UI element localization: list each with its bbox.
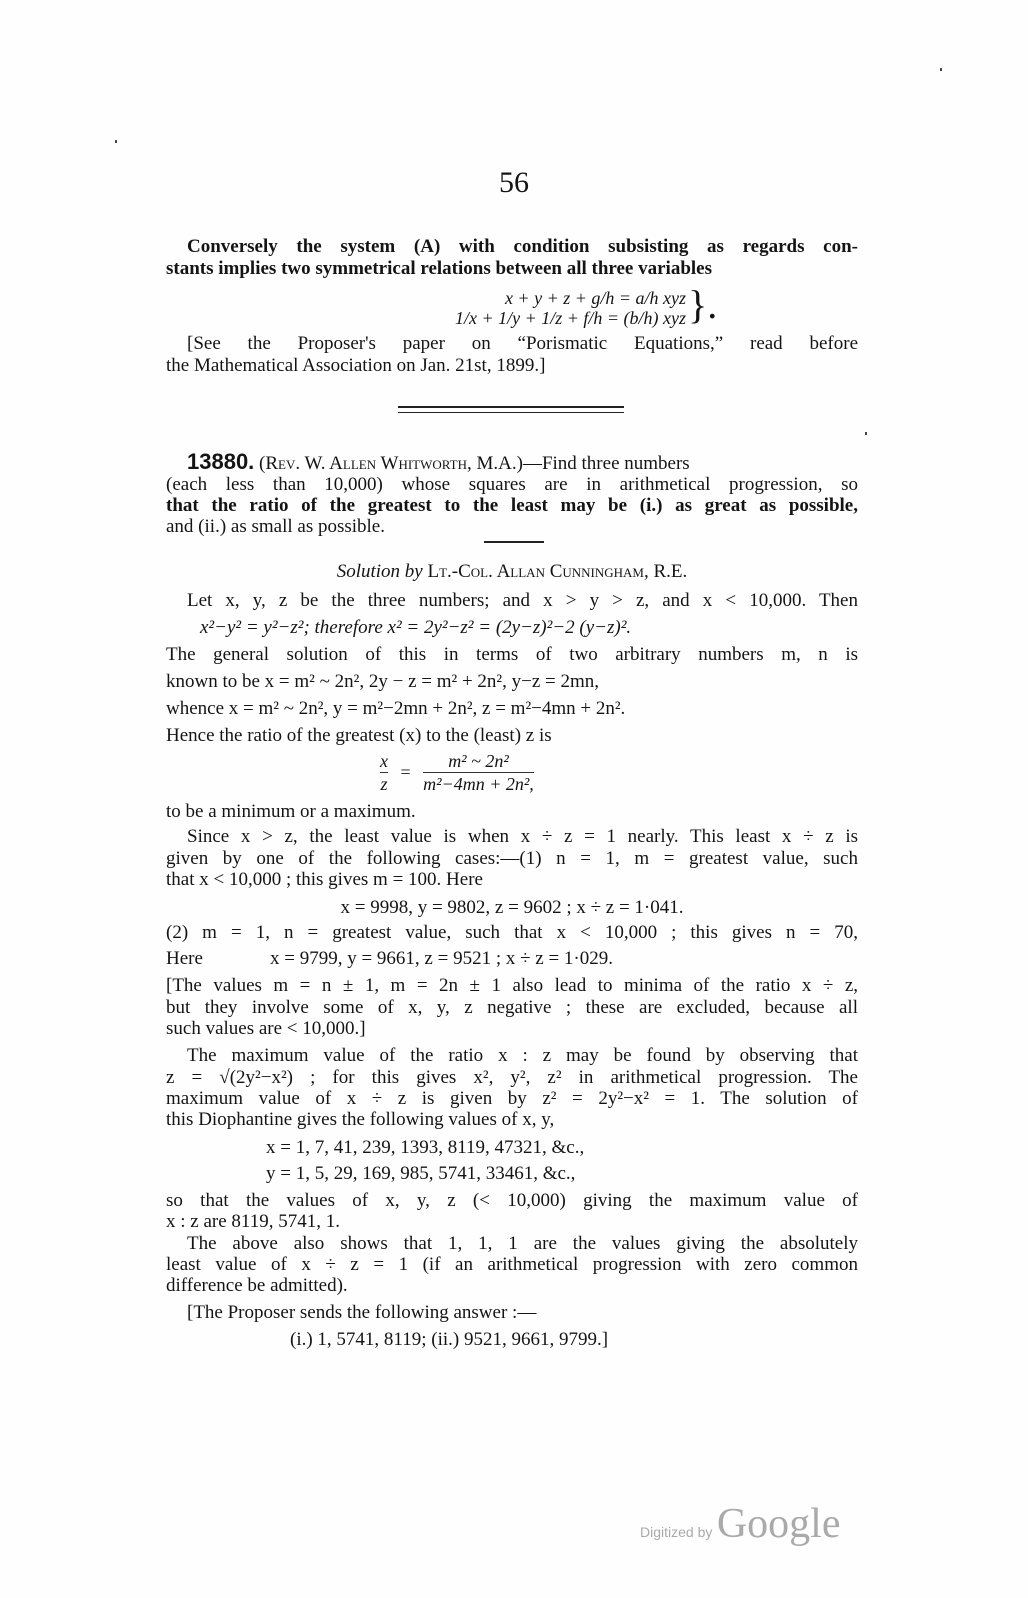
solution-line: Let x, y, z be the three numbers; and x …: [166, 590, 858, 612]
problem-number: 13880.: [187, 449, 254, 474]
equals-sign: =: [393, 762, 419, 782]
problem-line: that the ratio of the greatest to the le…: [166, 495, 858, 517]
problem-heading: 13880. (Rev. W. Allen Whitworth, M.A.)—F…: [166, 451, 858, 475]
solution-line: Since x > z, the least value is when x ÷…: [166, 826, 858, 848]
solution-line: given by one of the following cases:—(1)…: [166, 848, 858, 870]
case-2-values: x = 9799, y = 9661, z = 9521 ; x ÷ z = 1…: [270, 948, 613, 970]
solution-byline: Solution by Lt.-Col. Allan Cunningham, R…: [166, 561, 858, 583]
y-values: y = 1, 5, 29, 169, 985, 5741, 33461, &c.…: [266, 1163, 575, 1185]
section-divider: [398, 412, 624, 413]
page-number: 56: [0, 166, 1028, 200]
absolute-para-line: least value of x ÷ z = 1 (if an arithmet…: [166, 1254, 858, 1276]
problem-line: and (ii.) as small as possible.: [166, 516, 858, 538]
scan-speck: [865, 432, 867, 435]
equation-system: x + y + z + g/h = a/h xyz 1/x + 1/y + 1/…: [366, 288, 686, 328]
solution-line: The general solution of this in terms of…: [166, 644, 858, 666]
max-para-line: maximum value of x ÷ z is given by z² = …: [166, 1088, 858, 1110]
note-line: [See the Proposer's paper on “Porismatic…: [166, 333, 858, 355]
google-watermark: Digitized by Google: [640, 1500, 840, 1548]
absolute-para-line: The above also shows that 1, 1, 1 are th…: [166, 1233, 858, 1255]
bracket-note-line: but they involve some of x, y, z negativ…: [166, 997, 858, 1019]
paragraph-line: Conversely the system (A) with condition…: [166, 236, 858, 258]
scan-speck: [115, 140, 117, 143]
fraction-rhs: m² ~ 2n² m²−4mn + 2n²,: [423, 750, 534, 795]
max-para-line: this Diophantine gives the following val…: [166, 1109, 858, 1131]
solution-line: whence x = m² ~ 2n², y = m²−2mn + 2n², z…: [166, 698, 858, 720]
problem-line: (each less than 10,000) whose squares ar…: [166, 474, 858, 496]
problem-author: (Rev. W. Allen Whitworth, M.A.): [259, 453, 523, 474]
solver-name: Lt.-Col. Allan Cunningham, R.E.: [428, 561, 688, 582]
note-line: the Mathematical Association on Jan. 21s…: [166, 355, 858, 377]
x-values: x = 1, 7, 41, 239, 1393, 8119, 47321, &c…: [266, 1137, 584, 1159]
solution-line: Hence the ratio of the greatest (x) to t…: [166, 725, 858, 747]
equation-2: 1/x + 1/y + 1/z + f/h = (b/h) xyz: [366, 308, 686, 328]
absolute-para-line: difference be admitted).: [166, 1275, 858, 1297]
solution-line: to be a minimum or a maximum.: [166, 801, 858, 823]
proposer-answer: (i.) 1, 5741, 8119; (ii.) 9521, 9661, 97…: [290, 1329, 608, 1351]
max-para-line: The maximum value of the ratio x : z may…: [166, 1045, 858, 1067]
paragraph-line: stants implies two symmetrical relations…: [166, 258, 858, 280]
solution-line: (2) m = 1, n = greatest value, such that…: [166, 922, 858, 944]
bracket-note-line: such values are < 10,000.]: [166, 1018, 858, 1040]
problem-text: —Find three numbers: [523, 453, 690, 474]
conclusion-line: x : z are 8119, 5741, 1.: [166, 1211, 858, 1233]
equation-1: x + y + z + g/h = a/h xyz: [366, 288, 686, 308]
ratio-fraction: x z = m² ~ 2n² m²−4mn + 2n²,: [380, 750, 534, 795]
proposer-line: [The Proposer sends the following answer…: [166, 1302, 858, 1324]
case-1-values: x = 9998, y = 9802, z = 9602 ; x ÷ z = 1…: [166, 897, 858, 919]
max-para-line: z = √(2y²−x²) ; for this gives x², y², z…: [166, 1067, 858, 1089]
conclusion-line: so that the values of x, y, z (< 10,000)…: [166, 1190, 858, 1212]
solution-line: that x < 10,000 ; this gives m = 100. He…: [166, 869, 858, 891]
solution-by-label: Solution by: [337, 561, 423, 582]
short-divider: [484, 541, 544, 543]
google-logo: Google: [717, 1501, 841, 1547]
watermark-prefix: Digitized by: [640, 1524, 712, 1540]
solution-equation: x²−y² = y²−z²; therefore x² = 2y²−z² = (…: [166, 617, 892, 639]
scan-speck: [940, 68, 942, 71]
bracket-note-line: [The values m = n ± 1, m = 2n ± 1 also l…: [166, 975, 858, 997]
section-divider: [398, 406, 624, 408]
brace-suffix: }.: [688, 285, 717, 325]
solution-line: known to be x = m² ~ 2n², 2y − z = m² + …: [166, 671, 858, 693]
fraction-lhs: x z: [380, 750, 388, 795]
